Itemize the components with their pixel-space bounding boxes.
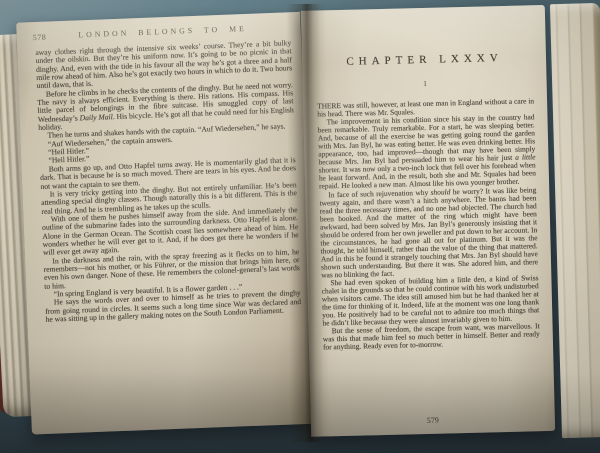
open-book: 578 LONDON BELONGS TO ME away clothes ri…: [0, 0, 600, 449]
running-header: LONDON BELONGS TO ME: [35, 22, 291, 41]
right-page-content: CHAPTER LXXXV 1 THERE was still, however…: [316, 35, 542, 430]
right-page: CHAPTER LXXXV 1 THERE was still, however…: [301, 5, 555, 437]
paragraph: In face of such rejuvenation why should …: [319, 186, 538, 280]
chapter-heading: CHAPTER LXXXV: [316, 51, 533, 68]
section-number: 1: [317, 76, 534, 90]
paragraph: The improvement in his condition since h…: [317, 113, 536, 191]
paragraph: She had even spoken of building him a li…: [321, 274, 539, 328]
book-photo-scene: 578 LONDON BELONGS TO ME away clothes ri…: [0, 0, 600, 453]
right-page-text: THERE was still, however, at least one m…: [317, 97, 540, 352]
right-page-edges: [550, 3, 600, 438]
paragraph: But the sense of freedom, the escape fro…: [323, 323, 541, 352]
left-page-number: 578: [33, 33, 47, 43]
left-page-content: 578 LONDON BELONGS TO ME away clothes ri…: [35, 22, 302, 324]
left-page-text: away clothes right through the intensive…: [35, 39, 301, 324]
left-page: 578 LONDON BELONGS TO ME away clothes ri…: [16, 12, 316, 435]
